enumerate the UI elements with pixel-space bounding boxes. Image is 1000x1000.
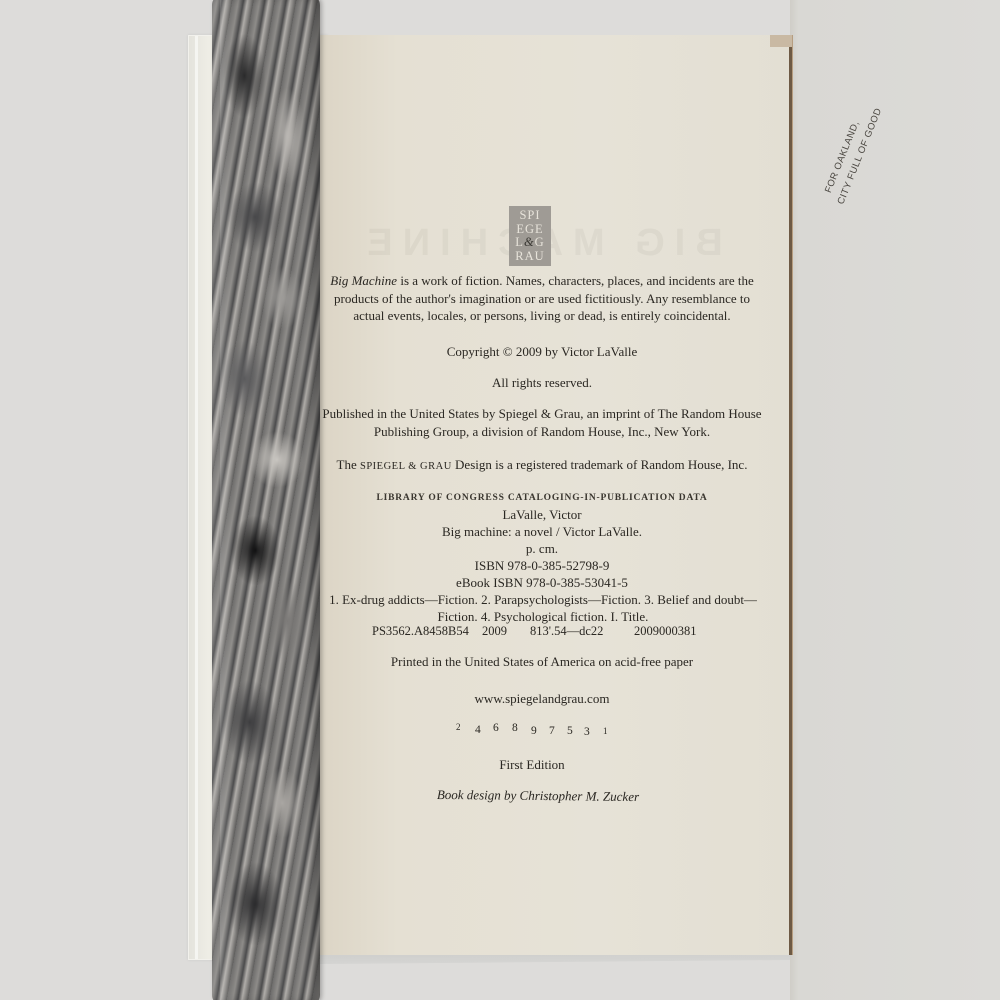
publisher-website: www.spiegelandgrau.com [322, 690, 762, 708]
printing-digit: 6 [493, 722, 499, 734]
trademark-smallcaps: SPIEGEL & GRAU [360, 461, 452, 472]
logo-g: G [535, 235, 545, 249]
logo-ampersand: & [524, 235, 535, 249]
page-corner [770, 35, 792, 47]
printed-statement: Printed in the United States of America … [322, 653, 762, 671]
cip-ebook-isbn: eBook ISBN 978-0-385-53041-5 [322, 574, 762, 591]
trademark-statement: The SPIEGEL & GRAU Design is a registere… [322, 456, 762, 476]
copyright-notice: Copyright © 2009 by Victor LaValle [322, 343, 762, 361]
edition-statement: First Edition [322, 756, 742, 774]
disclaimer-line-2: products of the author's imagination or … [322, 290, 762, 308]
dewey-number: 813'.54—dc22 [530, 624, 603, 639]
printing-digit: 9 [531, 725, 537, 737]
printing-digit: 5 [567, 725, 573, 737]
printing-digit: 7 [549, 725, 555, 737]
logo-l: L [515, 235, 524, 249]
cip-author: LaValle, Victor [322, 506, 762, 523]
printing-digit: 4 [475, 724, 481, 736]
rights-reserved: All rights reserved. [322, 374, 762, 392]
cip-pcm: p. cm. [322, 540, 762, 557]
classification-line: PS3562.A8458B54 2009 813'.54—dc22 200900… [372, 624, 772, 641]
logo-line-1: SPI [509, 209, 551, 223]
cip-subjects: 1. Ex-drug addicts—Fiction. 2. Parapsych… [318, 591, 768, 625]
book-title-italic: Big Machine [330, 273, 397, 288]
logo-line-4: RAU [509, 250, 551, 264]
printing-digit: 1 [603, 726, 608, 736]
publisher-logo: SPI EGE L&G RAU [509, 206, 551, 266]
publisher-line-2: Publishing Group, a division of Random H… [312, 423, 772, 441]
cip-isbn: ISBN 978-0-385-52798-9 [322, 557, 762, 574]
fiction-disclaimer: Big Machine is a work of fiction. Names,… [322, 272, 762, 325]
printing-digit: 8 [512, 722, 518, 734]
disclaimer-line-1-rest: is a work of fiction. Names, characters,… [397, 273, 754, 288]
trademark-suffix: Design is a registered trademark of Rand… [452, 457, 748, 472]
book-photo-scene: FOR OAKLAND, CITY FULL OF GOOD BIG MACHI… [0, 0, 1000, 1000]
cip-year: 2009 [482, 624, 507, 639]
logo-line-3: L&G [509, 236, 551, 250]
subjects-line-1: 1. Ex-drug addicts—Fiction. 2. Parapsych… [318, 591, 768, 608]
disclaimer-line-3: actual events, locales, or persons, livi… [322, 307, 762, 325]
printing-number-line: 2 4 6 8 9 7 5 3 1 [450, 722, 620, 742]
publisher-statement: Published in the United States by Spiege… [312, 405, 772, 440]
publisher-line-1: Published in the United States by Spiege… [312, 405, 772, 423]
lccn-number: 2009000381 [634, 624, 697, 639]
printing-digit: 3 [584, 726, 590, 738]
cip-heading: LIBRARY OF CONGRESS CATALOGING-IN-PUBLIC… [322, 492, 762, 504]
ribbon-highlight [220, 0, 234, 1000]
printing-digit: 2 [456, 722, 461, 732]
logo-line-2: EGE [509, 223, 551, 237]
trademark-prefix: The [337, 457, 360, 472]
lc-class-number: PS3562.A8458B54 [372, 624, 469, 639]
disclaimer-line-1: Big Machine is a work of fiction. Names,… [322, 272, 762, 290]
subjects-line-2: Fiction. 4. Psychological fiction. I. Ti… [318, 608, 768, 625]
cip-title: Big machine: a novel / Victor LaValle. [322, 523, 762, 540]
